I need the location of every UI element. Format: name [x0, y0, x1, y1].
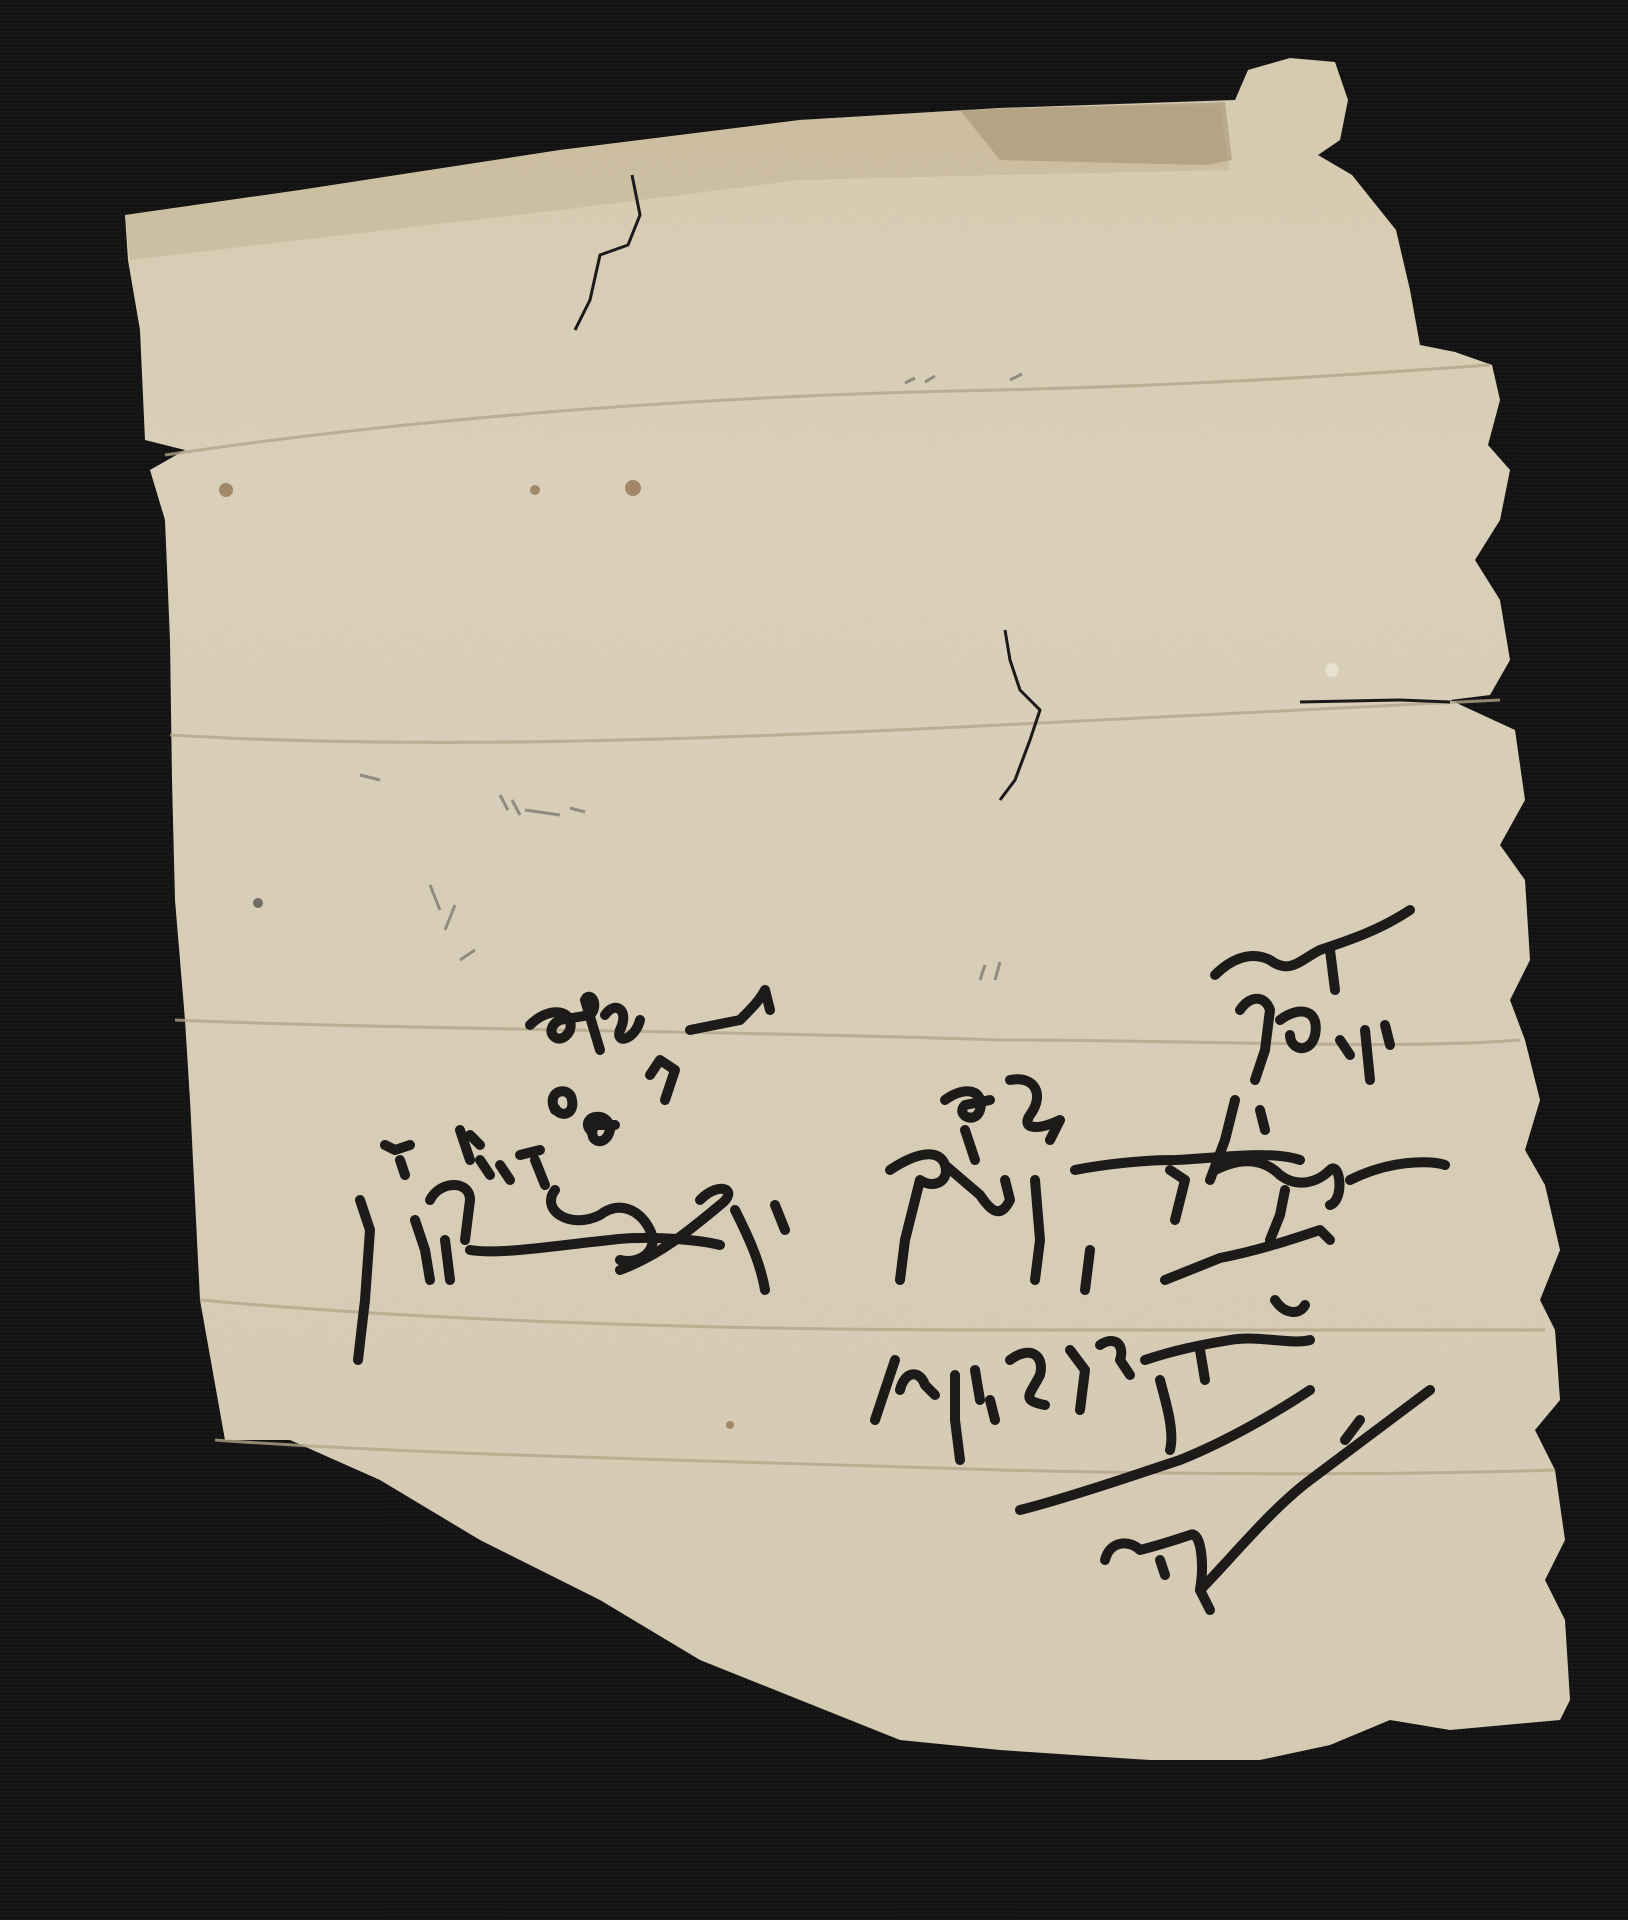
manuscript-photo [0, 0, 1628, 1920]
paper-fragment [125, 58, 1570, 1760]
top-dark-band [960, 102, 1232, 165]
photo-background [0, 0, 1628, 1920]
